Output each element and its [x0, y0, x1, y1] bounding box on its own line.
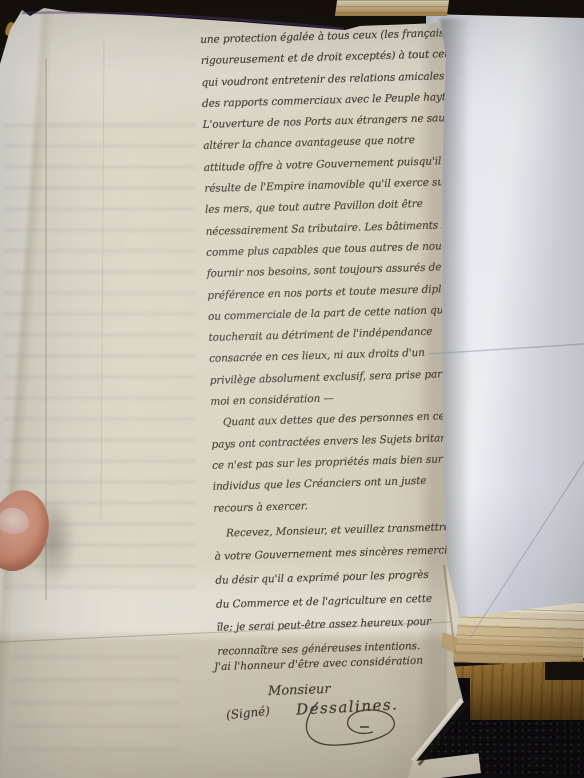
addressee-line: Monsieur	[268, 682, 331, 699]
manuscript-page: une protection égalée à tous ceux (les f…	[0, 0, 470, 778]
ink-bleedthrough	[10, 640, 180, 760]
manuscript-text: une protection égalée à tous ceux (les f…	[200, 23, 478, 664]
signed-label: (Signé)	[225, 704, 270, 723]
wood-notch	[545, 662, 584, 680]
signature-text: Dessalines.	[296, 695, 399, 718]
photo-of-manuscript: une protection égalée à tous ceux (les f…	[0, 0, 584, 778]
closing-paragraph: Recevez, Monsieur, et veuillez transmett…	[214, 515, 478, 664]
book-top-edge	[335, 0, 449, 16]
